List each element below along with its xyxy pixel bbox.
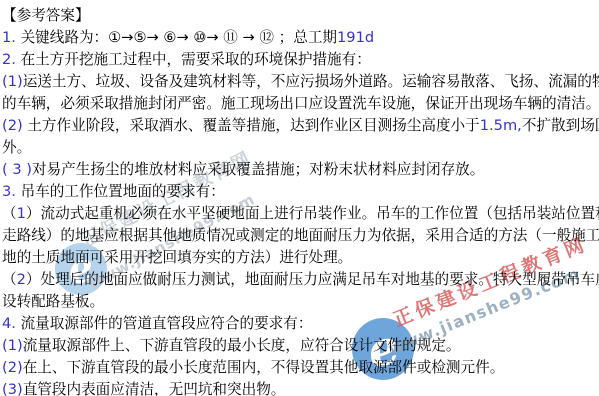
text-line: (2)在上、下游直管段的最小长度范围内，不得设置其他取源部件或检测元件。 <box>2 357 599 379</box>
text-segment: （ <box>2 205 17 222</box>
text-segment: 走路线）的地基应根据其他地质情况或测定的地面耐压力为依据，采用合适的方法（一般施… <box>2 227 599 244</box>
text-line: 外。 <box>2 137 599 159</box>
text-line: （1）流动式起重机必须在水平坚硬地面上进行吊装作业。吊车的工作位置（包括吊装站位… <box>2 203 599 225</box>
text-segment: 流量取源部件的管道直管段应符合的要求有： <box>16 315 313 332</box>
text-line: ( 3 )对易产生扬尘的堆放材料应采取覆盖措施；对粉末状材料应封闭存放。 <box>2 159 599 181</box>
text-segment: 地的土质地面可采用开挖回填夯实的方法）进行处理。 <box>2 249 352 266</box>
text-line: 2. 在土方开挖施工过程中，需要采取的环境保护措施有： <box>2 49 599 71</box>
text-line: 【参考答案】 <box>2 5 599 27</box>
text-line: (3)直管段内表面应清洁，无凹坑和突出物。 <box>2 379 599 396</box>
text-segment: 土方作业阶段，采取酒水、覆盖等措施，达到作业区目测扬尘高度小于 <box>23 117 480 134</box>
text-segment: (1) <box>2 337 23 354</box>
text-segment: (2) <box>2 359 23 376</box>
text-segment: (1) <box>2 73 23 90</box>
text-segment: 在土方开挖施工过程中，需要采取的环境保护措施有： <box>16 51 371 68</box>
text-segment: 关键线路为：①→⑤→ ⑥→ ⑩→ ⑪ → ⑫ ；总工期 <box>16 29 337 46</box>
text-segment: 1 <box>17 205 26 222</box>
text-segment: 在上、下游直管段的最小长度范围内，不得设置其他取源部件或检测元件。 <box>23 359 505 376</box>
text-segment: 2 <box>17 271 26 288</box>
text-segment: ）处理后的地面应做耐压力测试，地面耐压力应满足吊车对地基的要求。特大型履带吊车应… <box>26 271 599 288</box>
text-segment: ）流动式起重机必须在水平坚硬地面上进行吊装作业。吊车的工作位置（包括吊装站位置和… <box>26 205 599 222</box>
text-segment: 1.5m, <box>480 117 522 134</box>
text-segment: 191d <box>337 29 374 46</box>
text-segment: 流量取源部件上、下游直管段的最小长度，应符合设计文件的规定。 <box>23 337 461 354</box>
answer-text: 【参考答案】1. 关键线路为：①→⑤→ ⑥→ ⑩→ ⑪ → ⑫ ；总工期191d… <box>2 5 599 396</box>
document-page: e 正保建设工程教育网 www.jianshe99.com e 正保建设工程教育… <box>0 0 599 396</box>
text-line: 3. 吊车的工作位置地面的要求有： <box>2 181 599 203</box>
text-segment: ( 3 ) <box>2 161 32 178</box>
text-line: (1)流量取源部件上、下游直管段的最小长度，应符合设计文件的规定。 <box>2 335 599 357</box>
text-segment: 运送土方、垃圾、设备及建筑材料等，不应污损场外道路。运输容易散落、飞扬、流漏的物… <box>23 73 599 90</box>
text-segment: 的车辆，必须采取措施封闭严密。施工现场出口应设置洗车设施，保证开出现场车辆的清洁… <box>2 95 599 112</box>
text-segment: 1. <box>2 29 16 46</box>
text-segment: (2) <box>2 117 23 134</box>
answer-lines: 【参考答案】1. 关键线路为：①→⑤→ ⑥→ ⑩→ ⑪ → ⑫ ；总工期191d… <box>2 5 599 396</box>
text-segment: 设转配路基板。 <box>2 293 104 310</box>
text-segment: 2. <box>2 51 16 68</box>
text-segment: 3. <box>2 183 16 200</box>
text-line: （2）处理后的地面应做耐压力测试，地面耐压力应满足吊车对地基的要求。特大型履带吊… <box>2 269 599 291</box>
text-line: 1. 关键线路为：①→⑤→ ⑥→ ⑩→ ⑪ → ⑫ ；总工期191d <box>2 27 599 49</box>
text-line: 4. 流量取源部件的管道直管段应符合的要求有： <box>2 313 599 335</box>
text-line: 走路线）的地基应根据其他地质情况或测定的地面耐压力为依据，采用合适的方法（一般施… <box>2 225 599 247</box>
text-segment: 吊车的工作位置地面的要求有： <box>16 183 225 200</box>
text-segment: （ <box>2 271 17 288</box>
text-segment: 不扩散到场区 <box>522 117 599 134</box>
text-segment: (3) <box>2 381 23 396</box>
text-segment: 对易产生扬尘的堆放材料应采取覆盖措施；对粉末状材料应封闭存放。 <box>32 161 484 178</box>
text-line: (1)运送土方、垃圾、设备及建筑材料等，不应污损场外道路。运输容易散落、飞扬、流… <box>2 71 599 93</box>
text-line: 的车辆，必须采取措施封闭严密。施工现场出口应设置洗车设施，保证开出现场车辆的清洁… <box>2 93 599 115</box>
text-line: 地的土质地面可采用开挖回填夯实的方法）进行处理。 <box>2 247 599 269</box>
text-line: 设转配路基板。 <box>2 291 599 313</box>
text-segment: 【参考答案】 <box>2 7 90 24</box>
text-segment: 外。 <box>2 139 31 156</box>
text-line: (2) 土方作业阶段，采取酒水、覆盖等措施，达到作业区目测扬尘高度小于1.5m,… <box>2 115 599 137</box>
text-segment: 直管段内表面应清洁，无凹坑和突出物。 <box>23 381 286 396</box>
text-segment: 4. <box>2 315 16 332</box>
